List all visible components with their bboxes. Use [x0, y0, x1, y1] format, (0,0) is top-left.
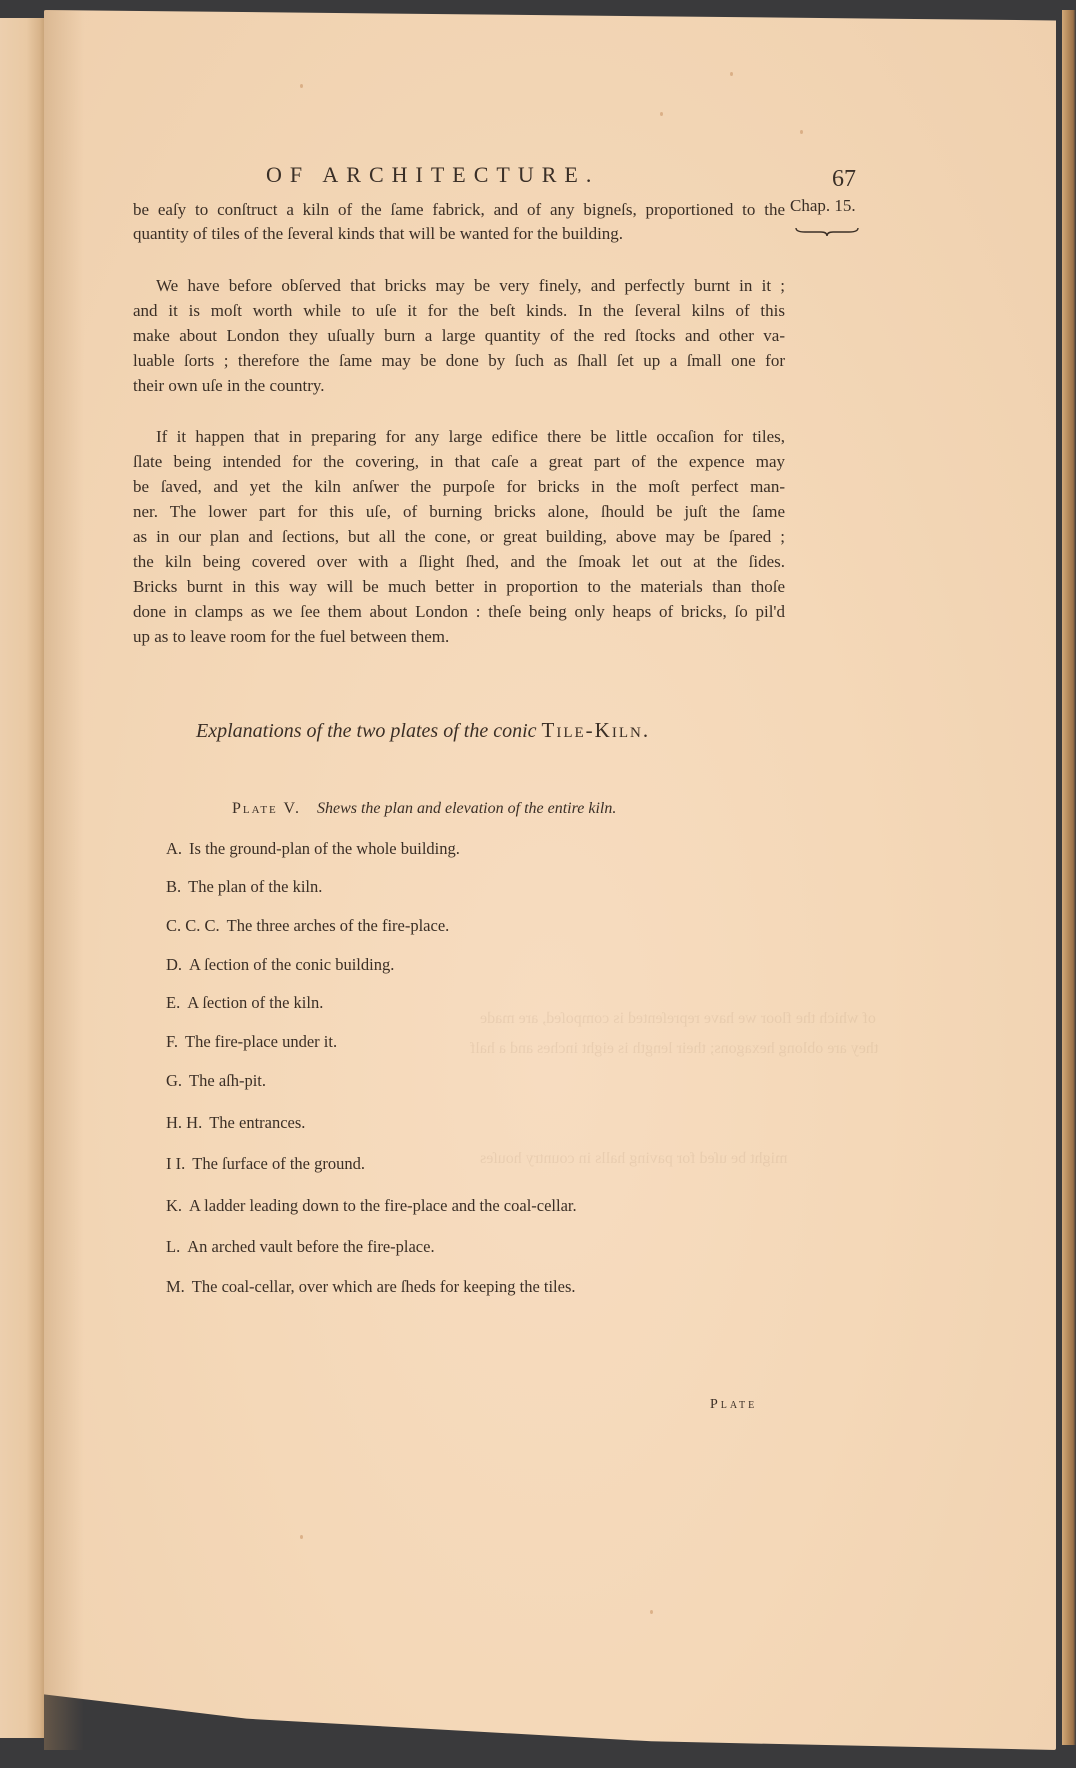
body-text-line: make about London they uſually burn a la…	[133, 324, 785, 348]
body-text-line: and it is moſt worth while to uſe it for…	[133, 299, 785, 323]
legend-item: F.The fire-place under it.	[166, 1032, 337, 1052]
page-number: 67	[832, 166, 856, 193]
legend-item: M.The coal-cellar, over which are ſheds …	[166, 1277, 576, 1297]
legend-item: I I.The ſurface of the ground.	[166, 1154, 365, 1174]
section-title-italic: Explanations of the two plates of the co…	[196, 720, 537, 742]
section-title-caps: Tile-Kiln.	[542, 718, 651, 742]
legend-item: E.A ſection of the kiln.	[166, 993, 323, 1013]
plate-description: Shews the plan and elevation of the enti…	[317, 800, 616, 817]
body-text-line: If it happen that in preparing for any l…	[156, 425, 785, 449]
plate-heading: Plate V. Shews the plan and elevation of…	[232, 800, 616, 818]
legend-item: K.A ladder leading down to the fire-plac…	[166, 1196, 577, 1216]
foxing-spot	[660, 112, 663, 116]
body-text-line: done in clamps as we ſee them about Lond…	[133, 600, 785, 624]
show-through-text: might be uſed for paving halls in countr…	[480, 1150, 788, 1168]
page-content: of which the floor we have repreſented i…	[0, 0, 1076, 1768]
catchword: Plate	[710, 1397, 757, 1413]
legend-item: G.The aſh-pit.	[166, 1071, 266, 1091]
body-text-line: be eaſy to conſtruct a kiln of the ſame …	[133, 198, 785, 222]
foxing-spot	[800, 130, 803, 134]
body-text-line: quantity of tiles of the ſeveral kinds t…	[133, 222, 785, 246]
body-text-line: as in our plan and ſections, but all the…	[133, 525, 785, 549]
body-text-line: be ſaved, and yet the kiln anſwer the pu…	[133, 475, 785, 499]
running-head: OF ARCHITECTURE.	[266, 162, 599, 188]
body-text-line: ner. The lower part for this uſe, of bur…	[133, 500, 785, 524]
plate-label: Plate V.	[232, 800, 301, 817]
body-text-line: We have before obſerved that bricks may …	[156, 274, 785, 298]
foxing-spot	[300, 84, 303, 88]
show-through-text: they are oblong hexagons; their length i…	[470, 1040, 878, 1058]
show-through-text: of which the floor we have repreſented i…	[480, 1010, 876, 1028]
foxing-spot	[650, 1610, 653, 1614]
chapter-margin-note: Chap. 15.	[790, 196, 856, 216]
body-text-line: luable ſorts ; therefore the ſame may be…	[133, 349, 785, 373]
legend-item: H. H.The entrances.	[166, 1113, 305, 1133]
legend-item: A.Is the ground-plan of the whole buildi…	[166, 839, 460, 859]
body-text-line: ſlate being intended for the covering, i…	[133, 450, 785, 474]
body-text-line: their own uſe in the country.	[133, 374, 785, 398]
section-title: Explanations of the two plates of the co…	[196, 718, 650, 743]
foxing-spot	[300, 1535, 303, 1539]
legend-item: D.A ſection of the conic building.	[166, 955, 394, 975]
brace-icon	[795, 226, 859, 236]
body-text-line: up as to leave room for the fuel between…	[133, 625, 785, 649]
body-text-line: Bricks burnt in this way will be much be…	[133, 575, 785, 599]
body-text-line: the kiln being covered over with a ſligh…	[133, 550, 785, 574]
legend-item: C. C. C.The three arches of the fire-pla…	[166, 916, 449, 936]
foxing-spot	[730, 72, 733, 76]
legend-item: L.An arched vault before the fire-place.	[166, 1237, 435, 1257]
legend-item: B.The plan of the kiln.	[166, 877, 322, 897]
